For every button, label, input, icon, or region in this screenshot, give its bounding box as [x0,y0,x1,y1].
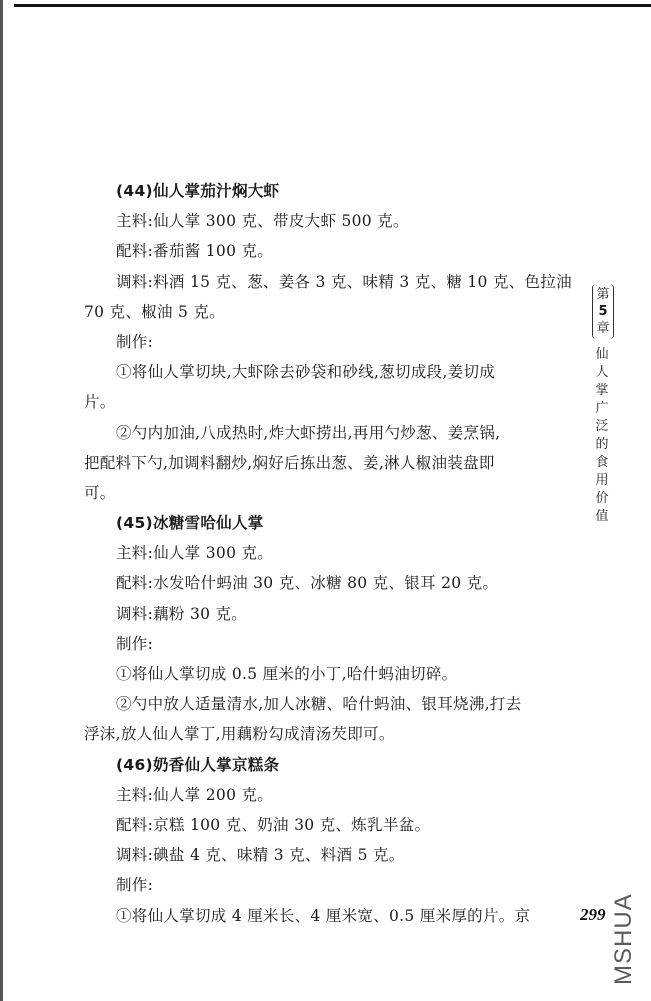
page-number: 299 [580,905,606,925]
seasonings: 调料:料酒 15 克、葱、姜各 3 克、味精 3 克、糖 10 克、色拉油 [84,267,584,297]
main-ingredients: 主料:仙人掌 300 克、带皮大虾 500 克。 [84,206,584,236]
method-step: ①将仙人掌切块,大虾除去砂袋和砂线,葱切成段,姜切成 [84,357,584,387]
header-rule [14,4,651,7]
recipe-title: (44)仙人掌茄汁焖大虾 [84,176,584,206]
method-step-cont: 浮沫,放人仙人掌丁,用藕粉勾成清汤芡即可。 [84,719,584,749]
secondary-ingredients: 配料:京糕 100 克、奶油 30 克、炼乳半盆。 [84,810,584,840]
chapter-prefix: 第 [593,286,613,303]
method-step-cont: 片。 [84,387,584,417]
chapter-running-title: 仙人掌广泛的食用价值 [594,346,610,526]
page-body: (44)仙人掌茄汁焖大虾 主料:仙人掌 300 克、带皮大虾 500 克。 配料… [84,176,584,931]
watermark: MSHUA [610,893,638,985]
main-ingredients: 主料:仙人掌 300 克。 [84,538,584,568]
main-ingredients: 主料:仙人掌 200 克。 [84,780,584,810]
secondary-ingredients: 配料:水发哈什蚂油 30 克、冰糖 80 克、银耳 20 克。 [84,568,584,598]
page-left-edge [0,0,3,1001]
seasonings-cont: 70 克、椒油 5 克。 [84,297,584,327]
method-step-cont: 可。 [84,478,584,508]
method-step: ①将仙人掌切成 0.5 厘米的小丁,哈什蚂油切碎。 [84,659,584,689]
chapter-suffix: 章 [593,320,613,337]
recipe-title: (46)奶香仙人掌京糕条 [84,750,584,780]
chapter-number: 5 [593,303,613,320]
method-step: ①将仙人掌切成 4 厘米长、4 厘米宽、0.5 厘米厚的片。京 [84,901,584,931]
method-label: 制作: [84,327,584,357]
chapter-tab: 第 5 章 [592,284,614,339]
method-step: ②勺内加油,八成热时,炸大虾捞出,再用勺炒葱、姜烹锅, [84,418,584,448]
seasonings: 调料:碘盐 4 克、味精 3 克、料酒 5 克。 [84,840,584,870]
method-step-cont: 把配料下勺,加调料翻炒,焖好后拣出葱、姜,淋人椒油装盘即 [84,448,584,478]
seasonings: 调料:藕粉 30 克。 [84,599,584,629]
method-label: 制作: [84,870,584,900]
method-label: 制作: [84,629,584,659]
recipe-title: (45)冰糖雪哈仙人掌 [84,508,584,538]
method-step: ②勺中放人适量清水,加人冰糖、哈什蚂油、银耳烧沸,打去 [84,689,584,719]
secondary-ingredients: 配料:番茄酱 100 克。 [84,236,584,266]
